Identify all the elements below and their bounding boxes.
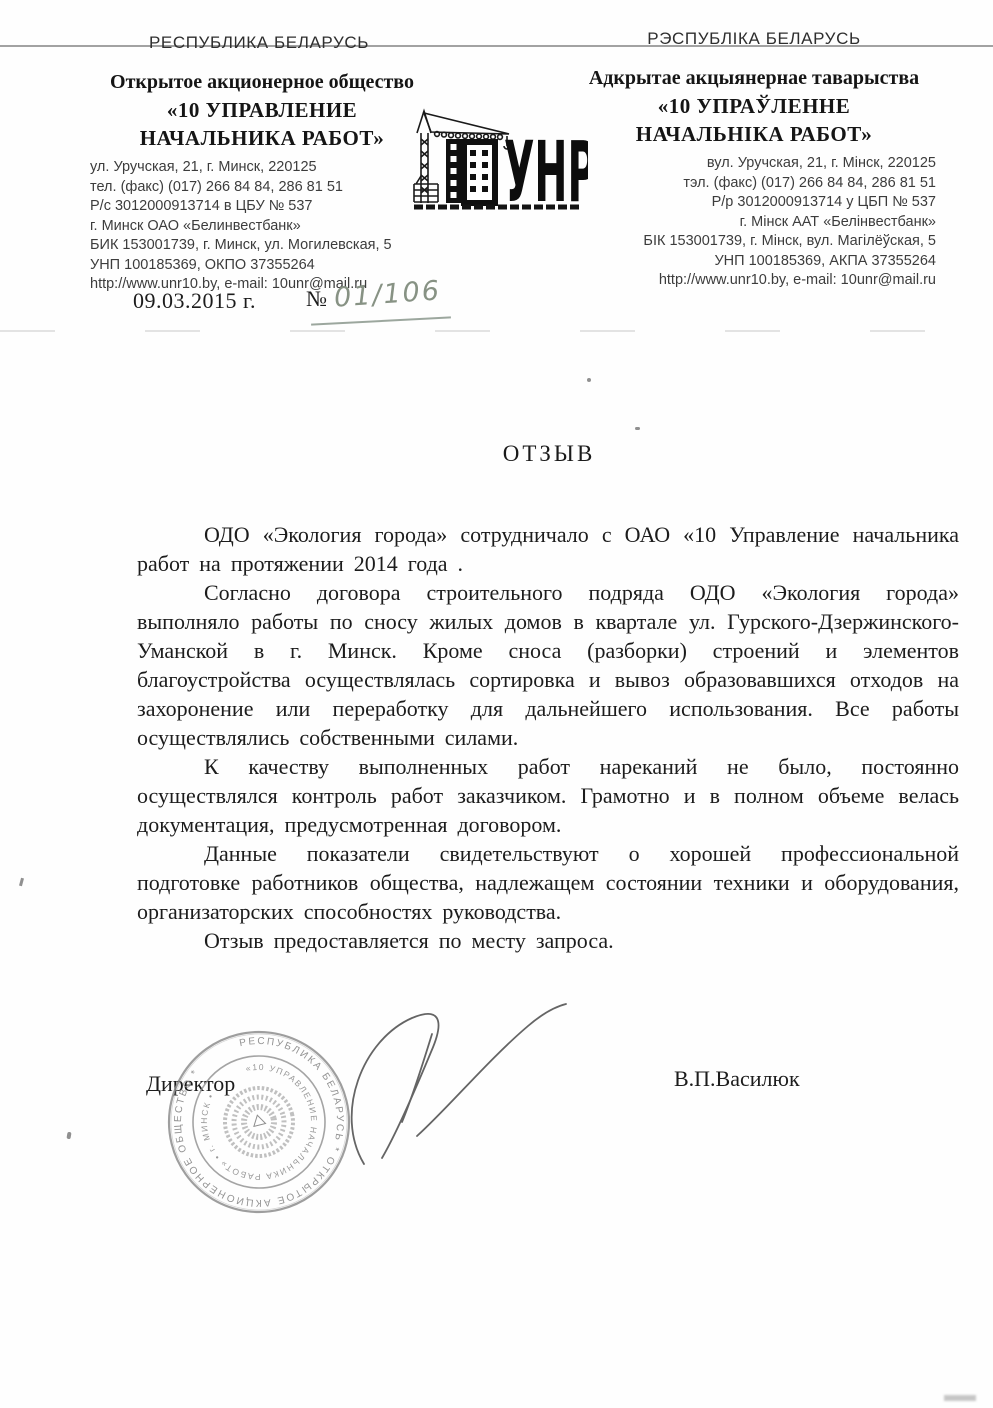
address-line: тэл. (факс) (017) 266 84 84, 286 81 51 <box>600 174 936 194</box>
paragraph: Данные показатели свидетельствуют о хоро… <box>137 839 959 926</box>
address-line: УНП 100185369, ОКПО 37355264 <box>90 256 392 276</box>
address-block-russian: ул. Уручская, 21, г. Минск, 220125 тел. … <box>90 158 392 295</box>
paragraph: ОДО «Экология города» сотрудничало с ОАО… <box>137 520 959 578</box>
org-name-line: НАЧАЛЬНИКА РАБОТ» <box>83 124 441 152</box>
scan-speck <box>66 1132 71 1140</box>
org-name-line: Открытое акционерное общество <box>83 68 441 96</box>
paragraph: Отзыв предоставляется по месту запроса. <box>137 926 959 955</box>
scanned-letter: РЕСПУБЛИКА БЕЛАРУСЬ РЭСПУБЛІКА БЕЛАРУСЬ … <box>0 0 993 1408</box>
org-name-line: Адкрытае акцыянернае таварыства <box>573 64 935 92</box>
address-line: тел. (факс) (017) 266 84 84, 286 81 51 <box>90 178 392 198</box>
address-line: Р/р 3012000913714 у ЦБП № 537 <box>600 193 936 213</box>
paragraph: К качеству выполненных работ нареканий н… <box>137 752 959 839</box>
document-title: ОТЗЫВ <box>138 441 960 467</box>
org-name-belarusian: Адкрытае акцыянернае таварыства «10 УПРА… <box>573 64 935 148</box>
address-line: БИК 153001739, г. Минск, ул. Могилевская… <box>90 236 392 256</box>
address-line: вул. Уручская, 21, г. Мінск, 220125 <box>600 154 936 174</box>
scan-speck <box>635 427 640 430</box>
pen-signature <box>328 996 578 1181</box>
number-sign-label: № <box>306 286 327 312</box>
scan-fold-line <box>0 330 993 332</box>
country-label-russian: РЕСПУБЛИКА БЕЛАРУСЬ <box>128 33 390 53</box>
org-name-line: «10 УПРАВЛЕНИЕ <box>83 96 441 124</box>
address-line-website: http://www.unr10.by, e-mail: 10unr@mail.… <box>600 271 936 291</box>
address-block-belarusian: вул. Уручская, 21, г. Мінск, 220125 тэл.… <box>600 154 936 291</box>
country-label-belarusian: РЭСПУБЛІКА БЕЛАРУСЬ <box>618 29 890 49</box>
logo-letters: УНР <box>504 124 588 214</box>
org-name-line: НАЧАЛЬНІКА РАБОТ» <box>573 120 935 148</box>
letter-date: 09.03.2015 г. <box>133 288 256 314</box>
scan-speck <box>587 378 591 382</box>
address-line: г. Минск ОАО «Белинвестбанк» <box>90 217 392 237</box>
stamp-center-hole <box>251 1114 265 1127</box>
address-line: Р/с 3012000913714 в ЦБУ № 537 <box>90 197 392 217</box>
signatory-name: В.П.Василюк <box>674 1066 800 1092</box>
scan-speck <box>19 878 24 887</box>
address-line: БІК 153001739, г. Мінск, вул. Магілёўска… <box>600 232 936 252</box>
letter-body: ОДО «Экология города» сотрудничало с ОАО… <box>137 520 959 955</box>
logo-digit-one <box>446 139 461 203</box>
logo-building-zero <box>464 142 495 203</box>
handwritten-letter-number: 01/106 <box>333 275 442 313</box>
address-line: ул. Уручская, 21, г. Минск, 220125 <box>90 158 392 178</box>
address-line: г. Мінск ААТ «Белінвестбанк» <box>600 213 936 233</box>
address-line: УНП 100185369, АКПА 37355264 <box>600 252 936 272</box>
company-logo-unr10-icon: УНР <box>412 106 588 214</box>
org-name-russian: Открытое акционерное общество «10 УПРАВЛ… <box>83 68 441 152</box>
scan-smudge <box>944 1395 976 1401</box>
paragraph: Согласно договора строительного подряда … <box>137 578 959 752</box>
number-underline <box>311 316 451 325</box>
org-name-line: «10 УПРАЎЛЕННЕ <box>573 92 935 120</box>
